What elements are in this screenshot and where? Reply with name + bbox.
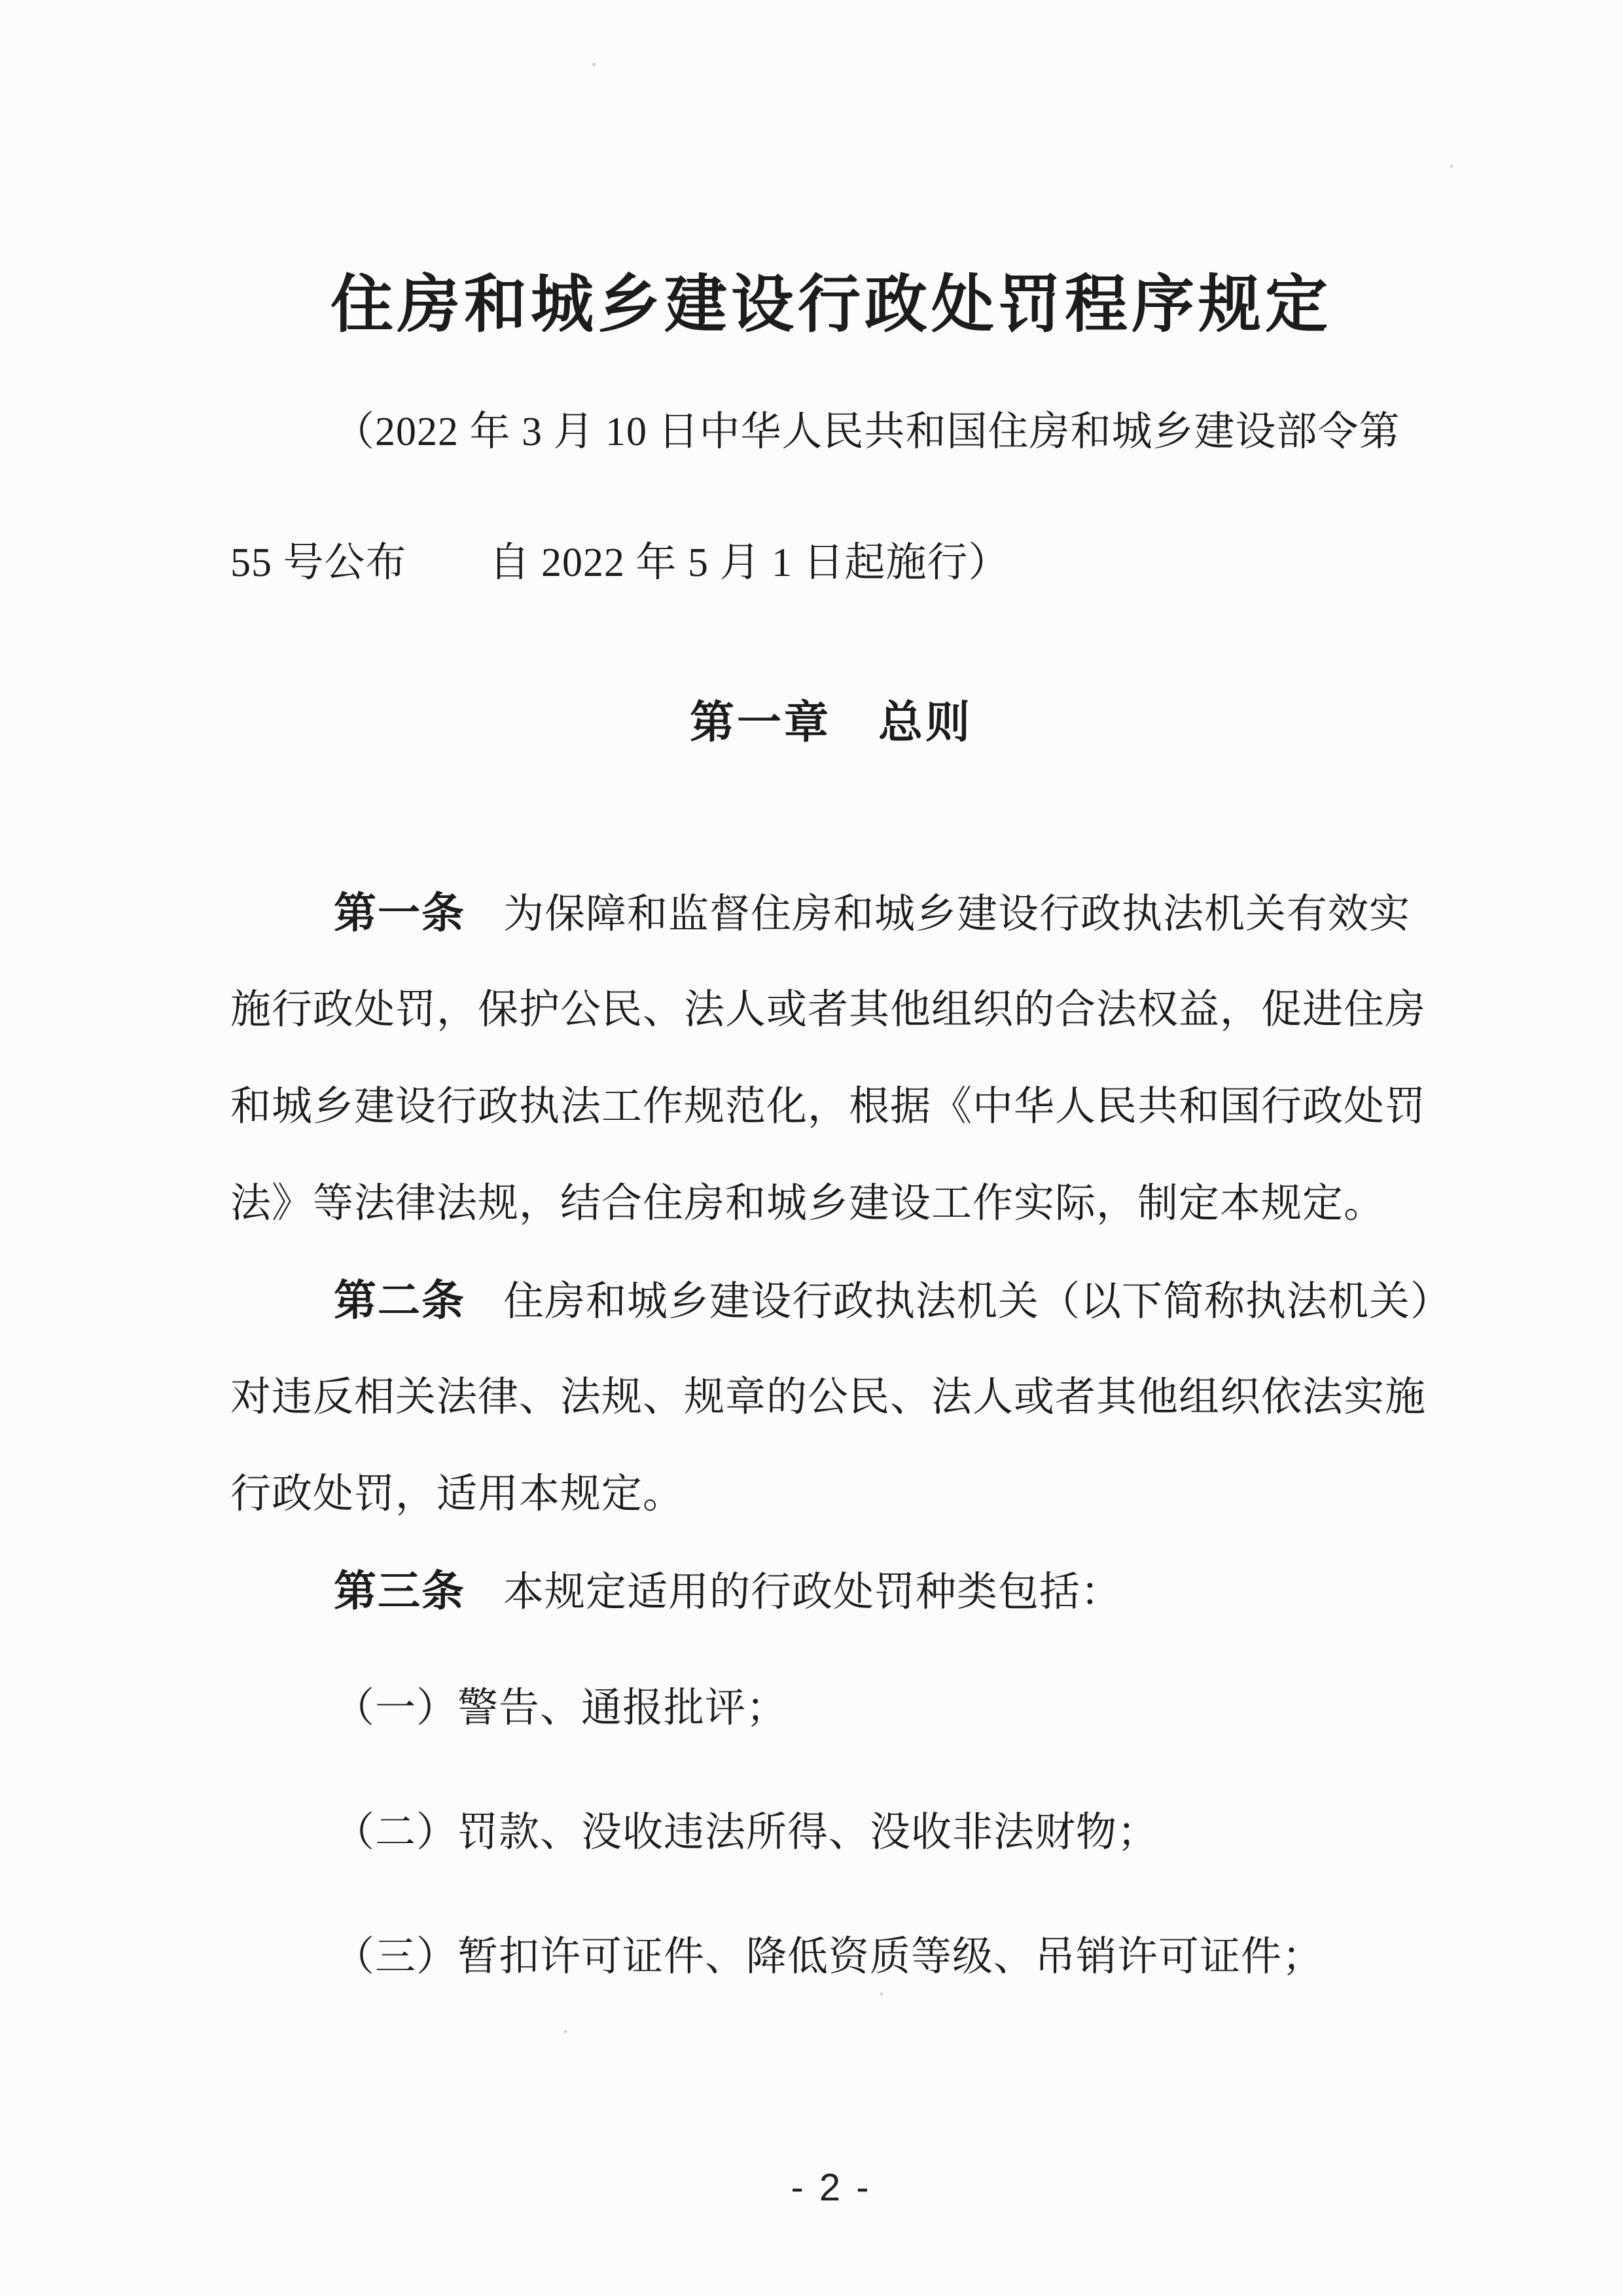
article-2-label: 第二条: [334, 1276, 465, 1324]
penalty-item-3: （三）暂扣许可证件、降低资质等级、吊销许可证件；: [230, 1909, 1535, 2005]
article-1-line-3: 和城乡建设行政执法工作规范化，根据《中华人民共和国行政处罚: [230, 1058, 1432, 1155]
article-3-line-1: 第三条本规定适用的行政处罚种类包括：: [230, 1543, 1535, 1641]
article-1-line-2: 施行政处罚，保护公民、法人或者其他组织的合法权益，促进住房: [230, 961, 1432, 1058]
article-1-line-1: 第一条为保障和监督住房和城乡建设行政执法机关有效实: [230, 865, 1535, 963]
article-2-line-2: 对违反相关法律、法规、规章的公民、法人或者其他组织依法实施: [230, 1349, 1432, 1446]
page-number: - 2 -: [230, 2166, 1432, 2210]
document-page: 住房和城乡建设行政处罚程序规定 （2022 年 3 月 10 日中华人民共和国住…: [0, 0, 1623, 2296]
penalty-item-1: （一）警告、通报批评；: [230, 1660, 1535, 1757]
article-1-line-4: 法》等法律法规，结合住房和城乡建设工作实际，制定本规定。: [230, 1155, 1432, 1252]
article-1-text-1: 为保障和监督住房和城乡建设行政执法机关有效实: [503, 892, 1410, 937]
page-title: 住房和城乡建设行政处罚程序规定: [230, 266, 1432, 344]
scan-speck: [880, 1992, 883, 1996]
article-3-text-1: 本规定适用的行政处罚种类包括：: [503, 1570, 1122, 1615]
article-2-line-3: 行政处罚，适用本规定。: [230, 1446, 1432, 1543]
penalty-item-2: （二）罚款、没收违法所得、没收非法财物；: [230, 1784, 1535, 1881]
chapter-1-heading: 第一章 总则: [230, 674, 1432, 771]
scan-speck: [592, 63, 596, 66]
promulgation-note-line-1: （2022 年 3 月 10 日中华人民共和国住房和城乡建设部令第: [230, 384, 1535, 480]
article-2-line-1: 第二条住房和城乡建设行政执法机关（以下简称执法机关）: [230, 1252, 1535, 1350]
article-1-label: 第一条: [334, 889, 465, 937]
scan-speck: [1450, 165, 1453, 168]
scan-speck: [564, 2030, 567, 2033]
article-3-label: 第三条: [334, 1567, 465, 1615]
article-2-text-1: 住房和城乡建设行政执法机关（以下简称执法机关）: [503, 1280, 1452, 1324]
promulgation-note-line-2: 55 号公布 自 2022 年 5 月 1 日起施行）: [230, 514, 1432, 611]
